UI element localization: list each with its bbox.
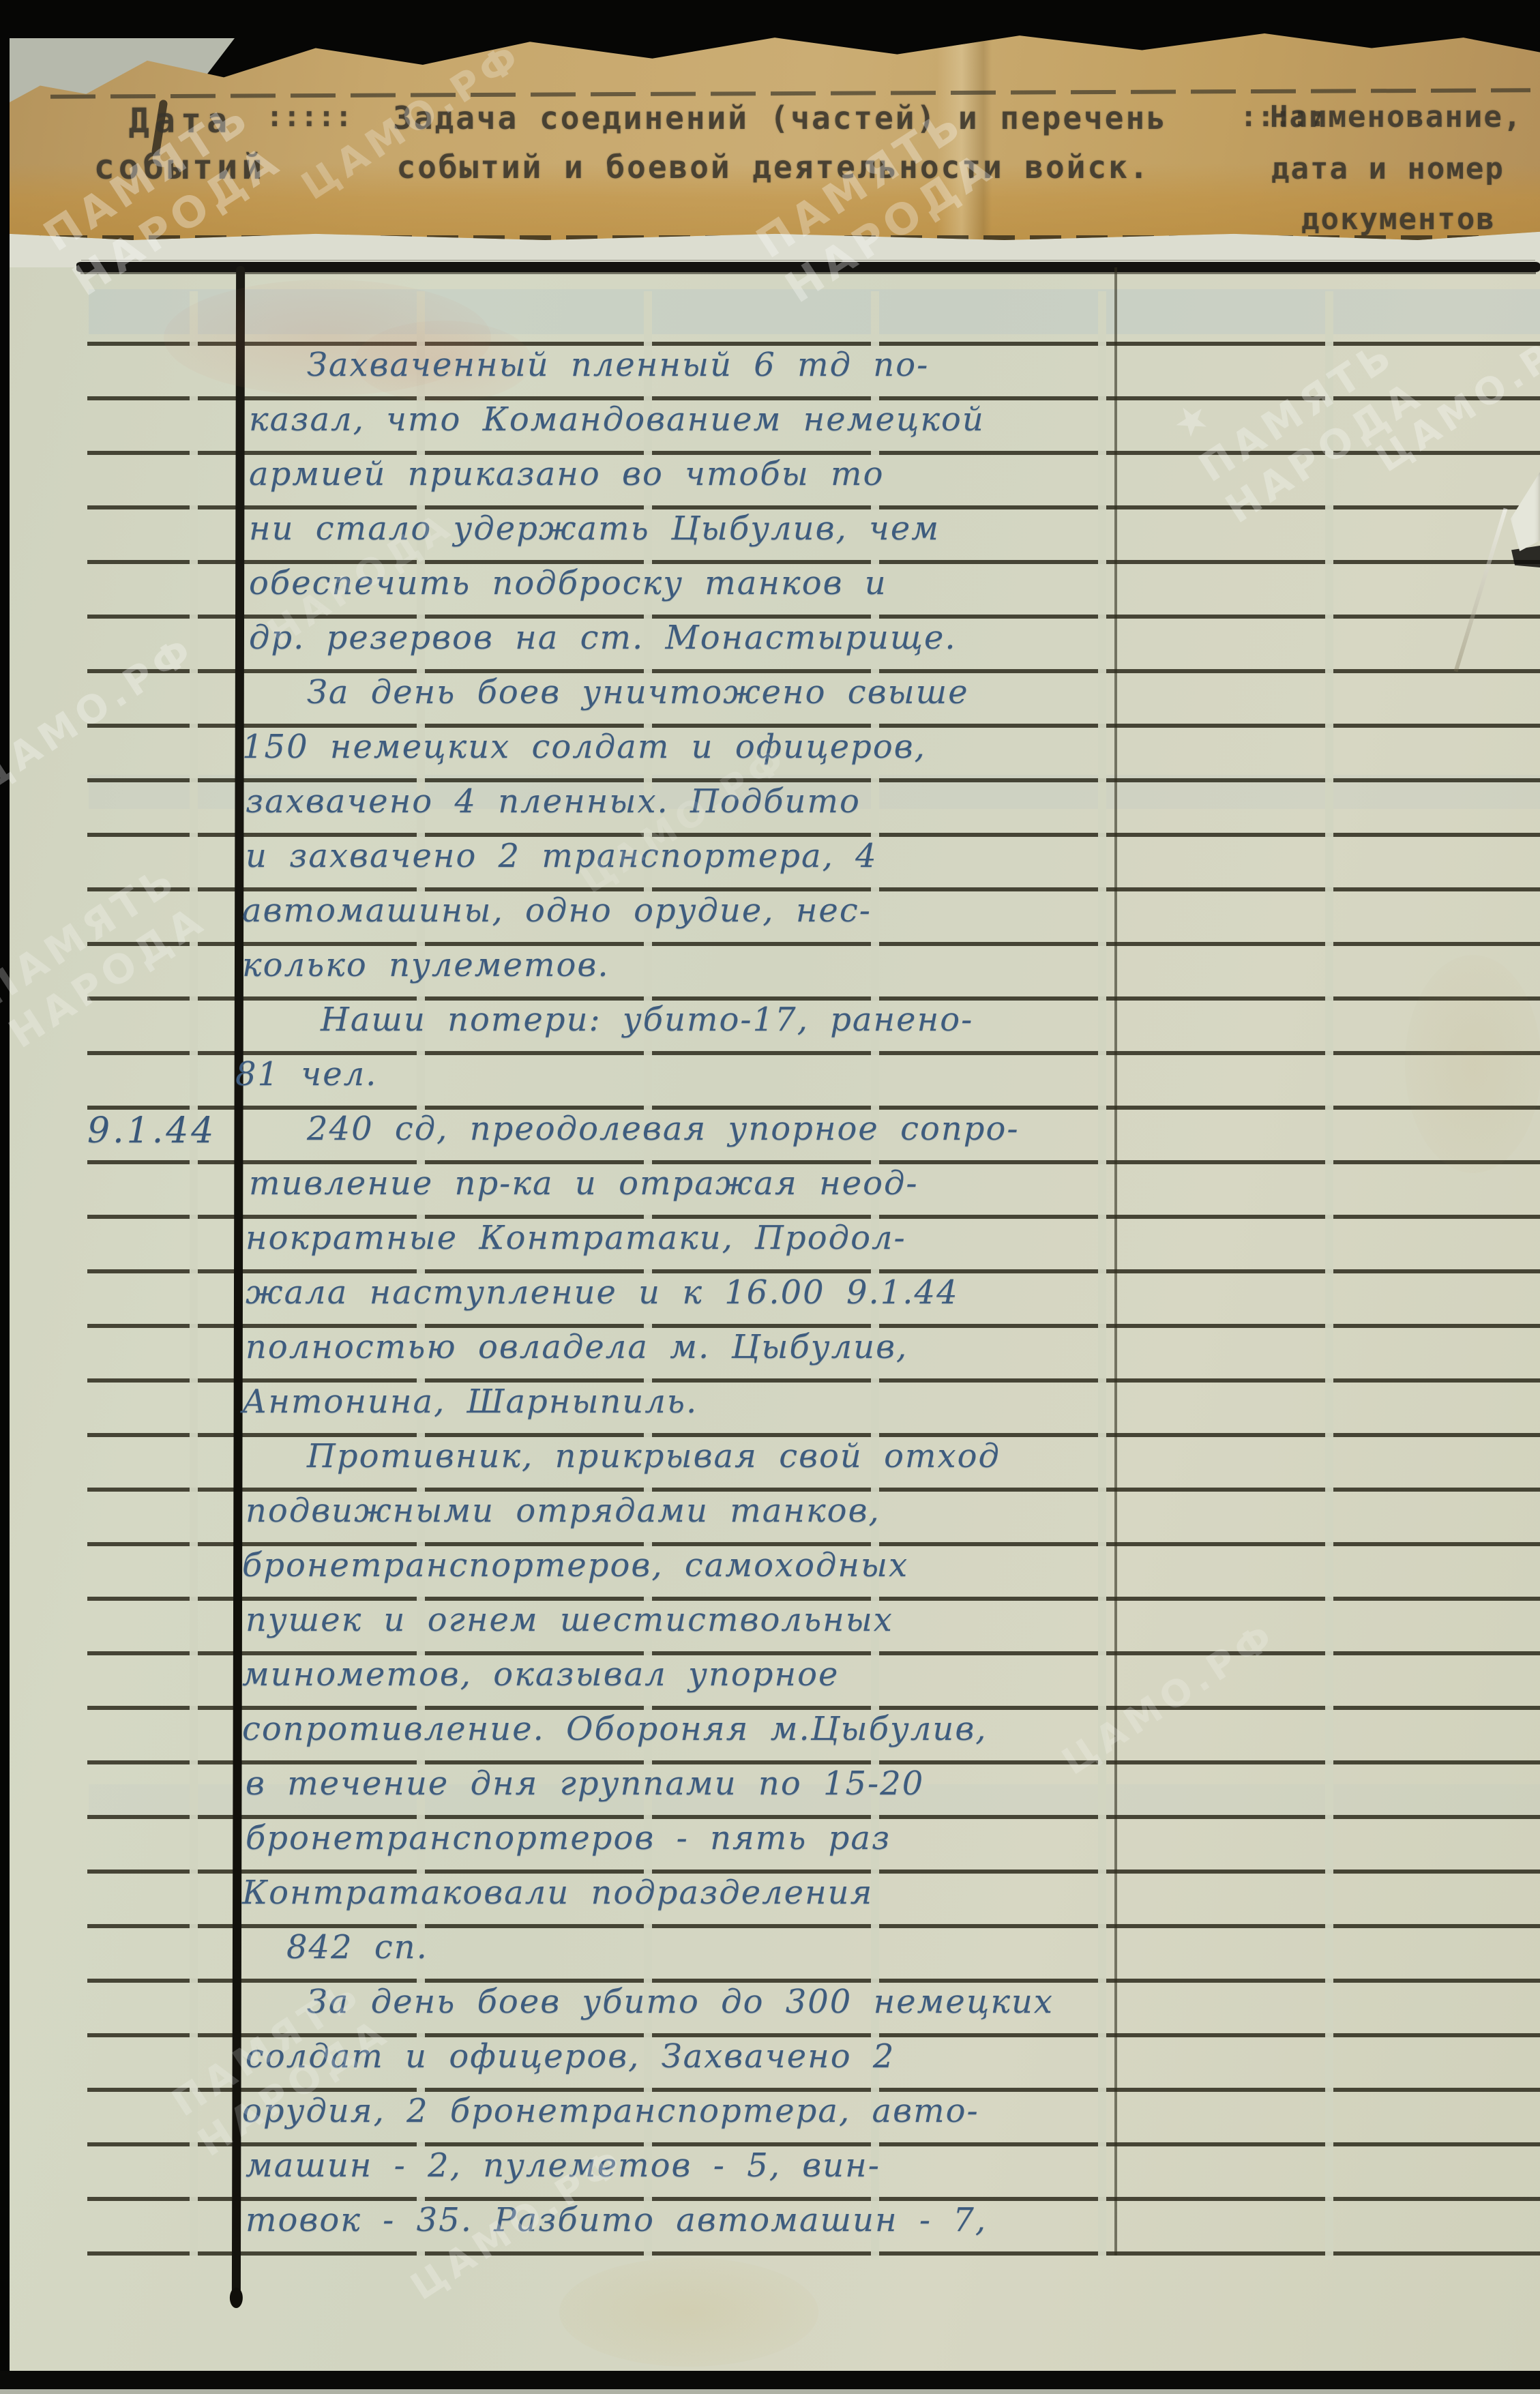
handwritten-line: Антонина, Шарныпиль. [242, 1383, 698, 1436]
handwritten-line: 842 сп. [286, 1928, 428, 1981]
handwritten-line: Наши потери: убито-17, ранено- [321, 1001, 973, 1054]
notes-column-divider [1114, 267, 1117, 2256]
handwritten-line: в течение дня группами по 15-20 [246, 1764, 924, 1818]
handwritten-line: За день боев убито до 300 немецких [307, 1983, 1054, 2036]
handwritten-line: 240 сд, преодолевая упорное сопро- [307, 1110, 1020, 1163]
header-date-col-line2: событий [91, 147, 269, 187]
scan-bottom-edge [0, 2371, 1540, 2389]
handwritten-line: обеспечить подброску танков и [249, 564, 887, 617]
handwritten-line: нократные Контратаки, Продол- [246, 1219, 906, 1272]
handwritten-line: 81 чел. [235, 1055, 377, 1108]
scanned-journal-page: Захваченный пленный 6 тд по-казал, что К… [0, 0, 1540, 2394]
handwritten-line: Захваченный пленный 6 тд по- [307, 346, 929, 399]
handwritten-line: ни стало удержать Цыбулив, чем [249, 509, 940, 563]
header-task-col-line2: событий и боевой деятельности войск. [391, 149, 1155, 186]
handwritten-line: солдат и офицеров, Захвачено 2 [246, 2037, 895, 2090]
handwritten-line: пушек и огнем шестиствольных [246, 1601, 893, 1654]
header-docs-col-line2: дата и номер [1271, 151, 1505, 186]
handwritten-line: армией приказано во чтобы то [249, 455, 884, 508]
handwritten-line: Контратаковали подразделения [242, 1874, 873, 1927]
entry-date: 9.1.44 [87, 1110, 216, 1162]
handwritten-line: бронетранспортеров - пять раз [246, 1819, 891, 1872]
handwritten-line: 150 немецких солдат и офицеров, [242, 728, 926, 781]
handwritten-line: автомашины, одно орудие, нес- [242, 891, 872, 945]
handwritten-line: За день боев уничтожено свыше [307, 673, 969, 726]
handwritten-line: др. резервов на ст. Монастырище. [249, 619, 957, 672]
handwritten-line: и захвачено 2 транспортера, 4 [246, 837, 878, 890]
colon-separator-right: ::::: [1240, 95, 1252, 273]
handwritten-line: бронетранспортеров, самоходных [242, 1546, 908, 1599]
handwritten-line: подвижными отрядами танков, [246, 1492, 880, 1545]
handwritten-line: минометов, оказывал упорное [242, 1655, 839, 1709]
handwritten-line: сопротивление. Обороняя м.Цыбулив, [242, 1710, 988, 1763]
handwritten-line: колько пулеметов. [242, 946, 610, 999]
handwritten-line: казал, что Командованием немецкой [249, 400, 985, 454]
header-date-col-line1: Дата [123, 101, 239, 141]
handwritten-line: машин - 2, пулеметов - 5, вин- [246, 2146, 880, 2200]
handwritten-line: полностью овладела м. Цыбулив, [246, 1328, 908, 1381]
handwritten-line: Противник, прикрывая свой отход [307, 1437, 1001, 1490]
table-header-strip: Дата событий Задача соединений (частей) … [10, 31, 1540, 240]
colon-separator-left: ::::: [266, 95, 278, 280]
header-docs-col-line3: документов [1301, 202, 1496, 237]
handwritten-line: тивление пр-ка и отражая неод- [249, 1164, 919, 1217]
handwritten-line: жала наступление и к 16.00 9.1.44 [246, 1273, 959, 1327]
handwritten-line: товок - 35. Разбито автомашин - 7, [246, 2201, 987, 2254]
handwritten-line: захвачено 4 пленных. Подбито [246, 782, 861, 836]
handwritten-line: орудия, 2 бронетранспортера, авто- [242, 2092, 979, 2145]
table-top-border [76, 262, 1540, 272]
scan-bottom-sliver [0, 2389, 1540, 2394]
header-task-col-line1: Задача соединений (частей) и перечень [378, 100, 1183, 136]
